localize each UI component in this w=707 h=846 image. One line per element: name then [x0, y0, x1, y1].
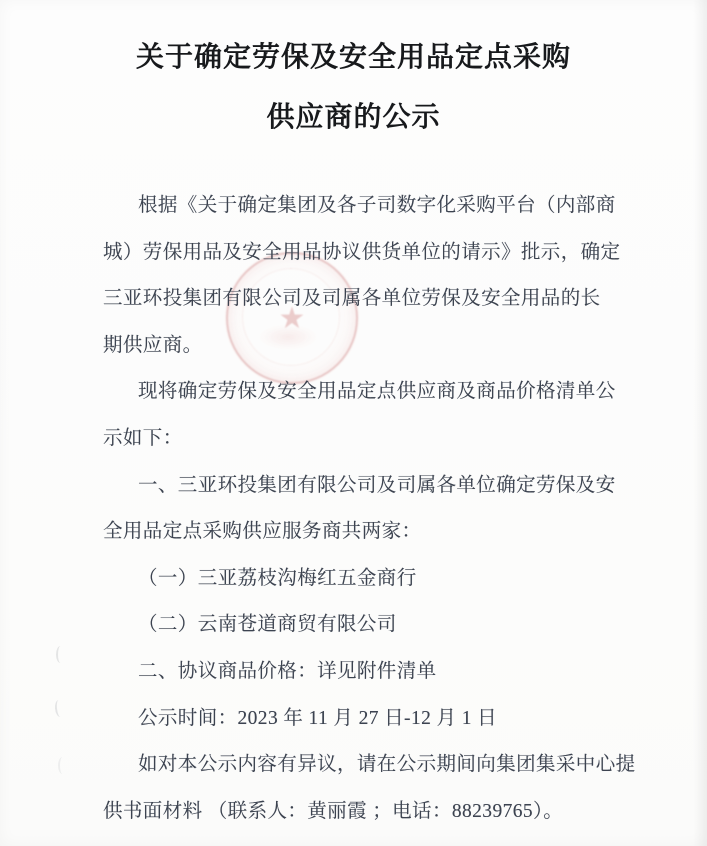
- contact-info-line: 供书面材料 （联系人：黄丽霞 ；电话：88239765）。: [103, 789, 625, 836]
- document-title: 关于确定劳保及安全用品定点采购 供应商的公示: [0, 28, 707, 148]
- document-body: 根据《关于确定集团及各子司数字化采购平台（内部商 城）劳保用品及安全用品协议供货…: [103, 183, 625, 835]
- supplier-item-2: （二）云南苍道商贸有限公司: [103, 602, 625, 649]
- paragraph-line: 期供应商。: [103, 323, 625, 370]
- scan-artifact: [56, 646, 65, 663]
- title-line-1: 关于确定劳保及安全用品定点采购: [0, 28, 707, 88]
- paragraph-line: 全用品定点采购供应服务商共两家：: [103, 509, 625, 556]
- supplier-item-1: （一）三亚荔枝沟梅红五金商行: [103, 556, 625, 603]
- title-line-2: 供应商的公示: [0, 88, 707, 148]
- section-item-2: 二、协议商品价格：详见附件清单: [103, 649, 625, 696]
- paragraph-line: 如对本公示内容有异议，请在公示期间向集团集采中心提: [103, 742, 625, 789]
- paragraph-line: 根据《关于确定集团及各子司数字化采购平台（内部商: [103, 183, 625, 230]
- section-item-1: 一、三亚环投集团有限公司及司属各单位确定劳保及安: [103, 463, 625, 510]
- publicity-period-line: 公示时间：2023 年 11 月 27 日-12 月 1 日: [103, 696, 625, 743]
- scan-artifact: [58, 757, 67, 774]
- scan-artifact: [54, 700, 65, 718]
- paragraph-line: 城）劳保用品及安全用品协议供货单位的请示》批示，确定: [103, 230, 625, 277]
- paragraph-line: 示如下：: [103, 416, 625, 463]
- paragraph-line: 现将确定劳保及安全用品定点供应商及商品价格清单公: [103, 369, 625, 416]
- document-page: 关于确定劳保及安全用品定点采购 供应商的公示 ★ 根据《关于确定集团及各子司数字…: [0, 0, 707, 846]
- paragraph-line: 三亚环投集团有限公司及司属各单位劳保及安全用品的长: [103, 276, 625, 323]
